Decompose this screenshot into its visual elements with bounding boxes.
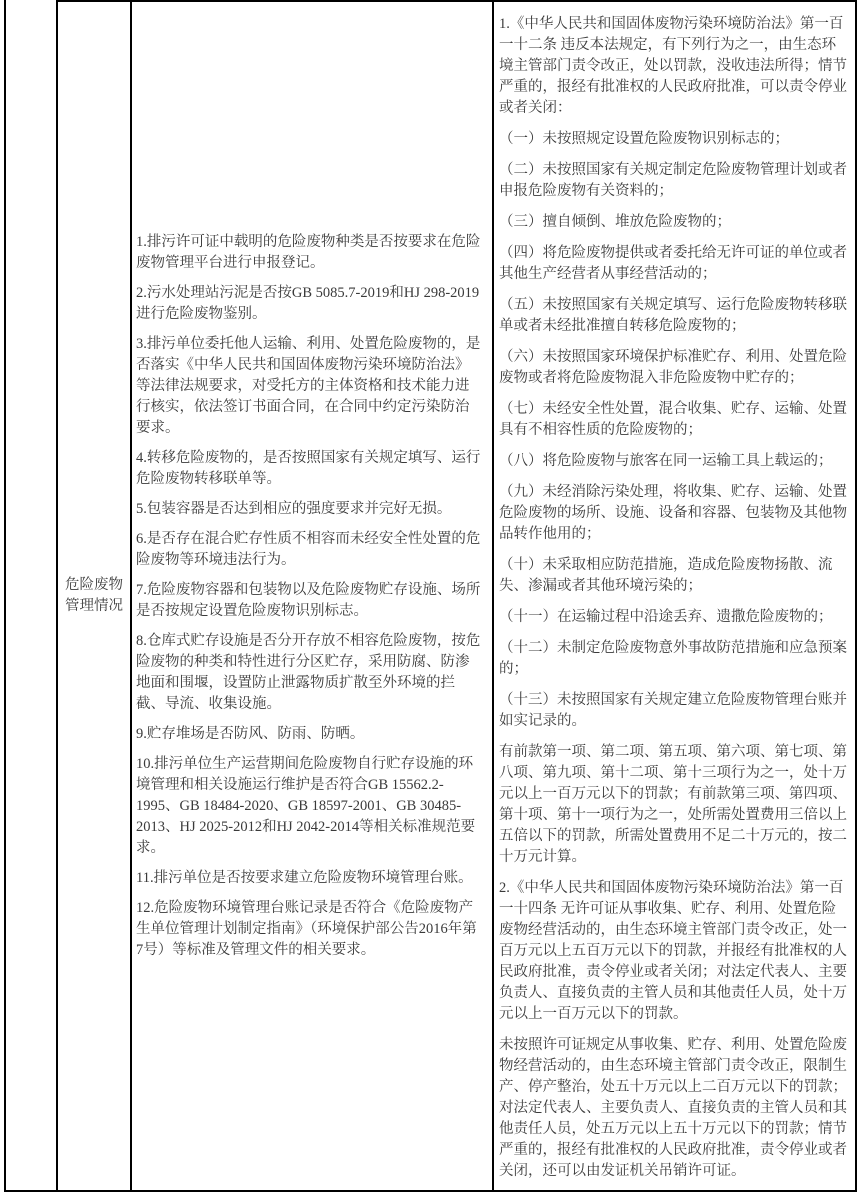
inspection-item: 9.贮存堆场是否防风、防雨、防晒。 [136, 724, 483, 745]
row-header-cell: 危险废物管理情况 [58, 0, 132, 1190]
legal-provision-paragraph: （四）将危险废物提供或者委托给无许可证的单位或者其他生产经营者从事经营活动的； [499, 243, 850, 285]
inspection-items-cell: 1.排污许可证中载明的危险废物种类是否按要求在危险废物管理平台进行申报登记。 2… [132, 0, 494, 1190]
inspection-item: 10.排污单位生产运营期间危险废物自行贮存设施的环境管理和相关设施运行维护是否符… [136, 754, 483, 859]
merged-empty-cell [6, 0, 58, 1190]
legal-provision-paragraph: （一）未按照规定设置危险废物识别标志的； [499, 129, 850, 150]
legal-provision-paragraph: （十二）未制定危险废物意外事故防范措施和应急预案的； [499, 638, 850, 680]
legal-provision-paragraph: 1.《中华人民共和国固体废物污染环境防治法》第一百一十二条 违反本法规定，有下列… [499, 14, 850, 119]
inspection-item: 12.危险废物环境管理台账记录是否符合《危险废物产生单位管理计划制定指南》（环境… [136, 898, 483, 961]
legal-provision-paragraph: （五）未按照国家有关规定填写、运行危险废物转移联单或者未经批准擅自转移危险废物的… [499, 295, 850, 337]
inspection-item: 11.排污单位是否按要求建立危险废物环境管理台账。 [136, 868, 483, 889]
legal-provision-paragraph: （八）将危险废物与旅客在同一运输工具上载运的； [499, 451, 850, 472]
inspection-item: 3.排污单位委托他人运输、利用、处置危险废物的，是否落实《中华人民共和国固体废物… [136, 334, 483, 439]
inspection-item: 6.是否存在混合贮存性质不相容而未经安全性处置的危险废物等环境违法行为。 [136, 529, 483, 571]
inspection-item: 7.危险废物容器和包装物以及危险废物贮存设施、场所是否按规定设置危险废物识别标志… [136, 580, 483, 622]
legal-provision-paragraph: 有前款第一项、第二项、第五项、第六项、第七项、第八项、第九项、第十二项、第十三项… [499, 742, 850, 868]
legal-provision-paragraph: （二）未按照国家有关规定制定危险废物管理计划或者申报危险废物有关资料的； [499, 160, 850, 202]
legal-provision-paragraph: 未按照许可证规定从事收集、贮存、利用、处置危险废物经营活动的，由生态环境主管部门… [499, 1035, 850, 1182]
row-header-label: 危险废物管理情况 [63, 575, 125, 617]
inspection-item: 8.仓库式贮存设施是否分开存放不相容危险废物，按危险废物的种类和特性进行分区贮存… [136, 631, 483, 715]
legal-provision-paragraph: （三）擅自倾倒、堆放危险废物的； [499, 212, 850, 233]
inspection-item: 1.排污许可证中载明的危险废物种类是否按要求在危险废物管理平台进行申报登记。 [136, 232, 483, 274]
legal-provision-paragraph: （十三）未按照国家有关规定建立危险废物管理台账并如实记录的。 [499, 690, 850, 732]
legal-provision-paragraph: （十一）在运输过程中沿途丢弃、遗撒危险废物的； [499, 607, 850, 628]
legal-provision-paragraph: （六）未按照国家环境保护标准贮存、利用、处置危险废物或者将危险废物混入非危险废物… [499, 347, 850, 389]
legal-provision-paragraph: （七）未经安全性处置，混合收集、贮存、运输、处置具有不相容性质的危险废物的； [499, 399, 850, 441]
legal-provision-paragraph: 2.《中华人民共和国固体废物污染环境防治法》第一百一十四条 无许可证从事收集、贮… [499, 878, 850, 1025]
inspection-item: 2.污水处理站污泥是否按GB 5085.7-2019和HJ 298-2019进行… [136, 283, 483, 325]
regulation-table-row: 危险废物管理情况 1.排污许可证中载明的危险废物种类是否按要求在危险废物管理平台… [4, 0, 857, 1192]
legal-provision-paragraph: （十）未采取相应防范措施，造成危险废物扬散、流失、渗漏或者其他环境污染的； [499, 555, 850, 597]
inspection-item: 4.转移危险废物的，是否按照国家有关规定填写、运行危险废物转移联单等。 [136, 448, 483, 490]
inspection-item: 5.包装容器是否达到相应的强度要求并完好无损。 [136, 499, 483, 520]
legal-provision-paragraph: （九）未经消除污染处理，将收集、贮存、运输、处置危险废物的场所、设施、设备和容器… [499, 482, 850, 545]
legal-provisions-cell: 1.《中华人民共和国固体废物污染环境防治法》第一百一十二条 违反本法规定，有下列… [494, 0, 857, 1190]
